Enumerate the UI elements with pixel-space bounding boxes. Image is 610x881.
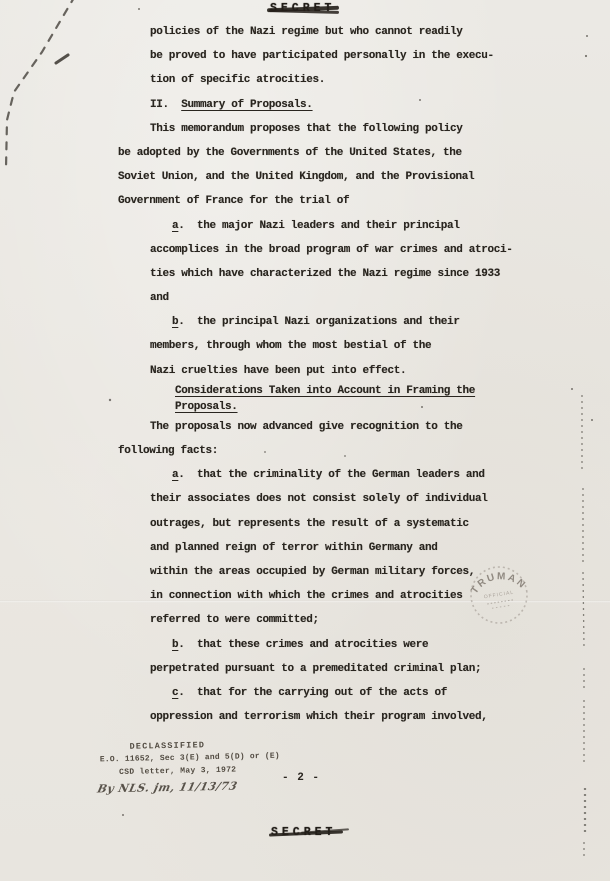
document-line: b. that these crimes and atrocities were [118,633,518,657]
document-line: and planned reign of terror within Germa… [118,536,518,560]
library-round-stamp: TRUMAN OFFICIAL [454,550,543,639]
classification-stamp-top: SECRET [270,2,335,15]
text-segment: in connection with which the crimes and … [150,590,463,602]
text-segment: tion of specific atrocities. [150,74,325,86]
page-number: - 2 - [282,772,320,784]
document-line: This memorandum proposes that the follow… [118,117,518,141]
document-line: members, through whom the most bestial o… [118,334,518,358]
text-segment: oppression and terrorism which their pro… [150,711,488,723]
text-segment: . that for the carrying out of the acts … [178,687,447,699]
text-segment: accomplices in the broad program of war … [150,244,513,256]
text-segment: The proposals now advanced give recognit… [150,421,463,433]
text-segment: ties which have characterized the Nazi r… [150,268,500,280]
document-line: accomplices in the broad program of war … [118,238,518,262]
document-line: oppression and terrorism which their pro… [118,705,518,729]
text-segment: perpetrated pursuant to a premeditated c… [150,663,481,675]
document-line: Proposals. [118,399,518,415]
document-line: Nazi cruelties have been put into effect… [118,359,518,383]
text-segment: within the areas occupied by German mili… [150,566,475,578]
document-line: b. the principal Nazi organizations and … [118,310,518,334]
text-segment: . that the criminality of the German lea… [178,469,484,481]
document-line: II. Summary of Proposals. [118,93,518,117]
classification-stamp-bottom: SECRET [271,826,336,839]
document-line: tion of specific atrocities. [118,68,518,92]
text-segment: be adopted by the Governments of the Uni… [118,147,462,159]
text-segment: Government of France for the trial of [118,195,349,207]
text-segment: and [150,292,169,304]
document-line: The proposals now advanced give recognit… [118,415,518,439]
text-segment: policies of the Nazi regime but who cann… [150,26,463,38]
document-body: policies of the Nazi regime but who cann… [118,20,518,729]
text-segment: This memorandum proposes that the follow… [150,123,463,135]
document-line: their associates does not consist solely… [118,487,518,511]
underlined-text: Proposals. [175,401,238,413]
document-line: a. that the criminality of the German le… [118,463,518,487]
document-line: perpetrated pursuant to a premeditated c… [118,657,518,681]
document-line: outrages, but represents the result of a… [118,512,518,536]
text-segment: their associates does not consist solely… [150,493,488,505]
document-line: following facts: [118,439,518,463]
declass-handwritten-signature: By NLS. jm, 11/13/73 [96,780,239,797]
document-line: referred to were committed; [118,608,518,632]
document-line: Considerations Taken into Account in Fra… [118,383,518,399]
document-line: and [118,286,518,310]
document-line: Soviet Union, and the United Kingdom, an… [118,165,518,189]
text-segment: . that these crimes and atrocities were [178,639,428,651]
document-line: ties which have characterized the Nazi r… [118,262,518,286]
underlined-text: Considerations Taken into Account in Fra… [175,385,475,397]
text-segment: Soviet Union, and the United Kingdom, an… [118,171,474,183]
document-line: c. that for the carrying out of the acts… [118,681,518,705]
text-segment: members, through whom the most bestial o… [150,340,431,352]
text-segment: . the major Nazi leaders and their princ… [178,220,459,232]
binding-dot-marks [582,395,585,860]
text-segment: be proved to have participated personall… [150,50,494,62]
text-segment: . the principal Nazi organizations and t… [178,316,459,328]
text-segment: referred to were committed; [150,614,319,626]
text-segment: Nazi cruelties have been put into effect… [150,365,406,377]
document-line: be proved to have participated personall… [118,44,518,68]
document-line: Government of France for the trial of [118,189,518,213]
scanned-page: SECRET policies of the Nazi regime but w… [0,0,610,881]
stamp-sub-text: OFFICIAL [483,590,514,601]
document-line: be adopted by the Governments of the Uni… [118,141,518,165]
text-segment: following facts: [118,445,218,457]
declassification-stamp: DECLASSIFIED E.O. 11652, Sec 3(E) and 5(… [94,737,335,797]
document-line: a. the major Nazi leaders and their prin… [118,214,518,238]
text-segment: II. [150,99,181,111]
document-line: policies of the Nazi regime but who cann… [118,20,518,44]
underlined-text: Summary of Proposals. [181,99,312,111]
corner-crease-mark [6,0,75,168]
text-segment: and planned reign of terror within Germa… [150,542,438,554]
text-segment: outrages, but represents the result of a… [150,518,469,530]
